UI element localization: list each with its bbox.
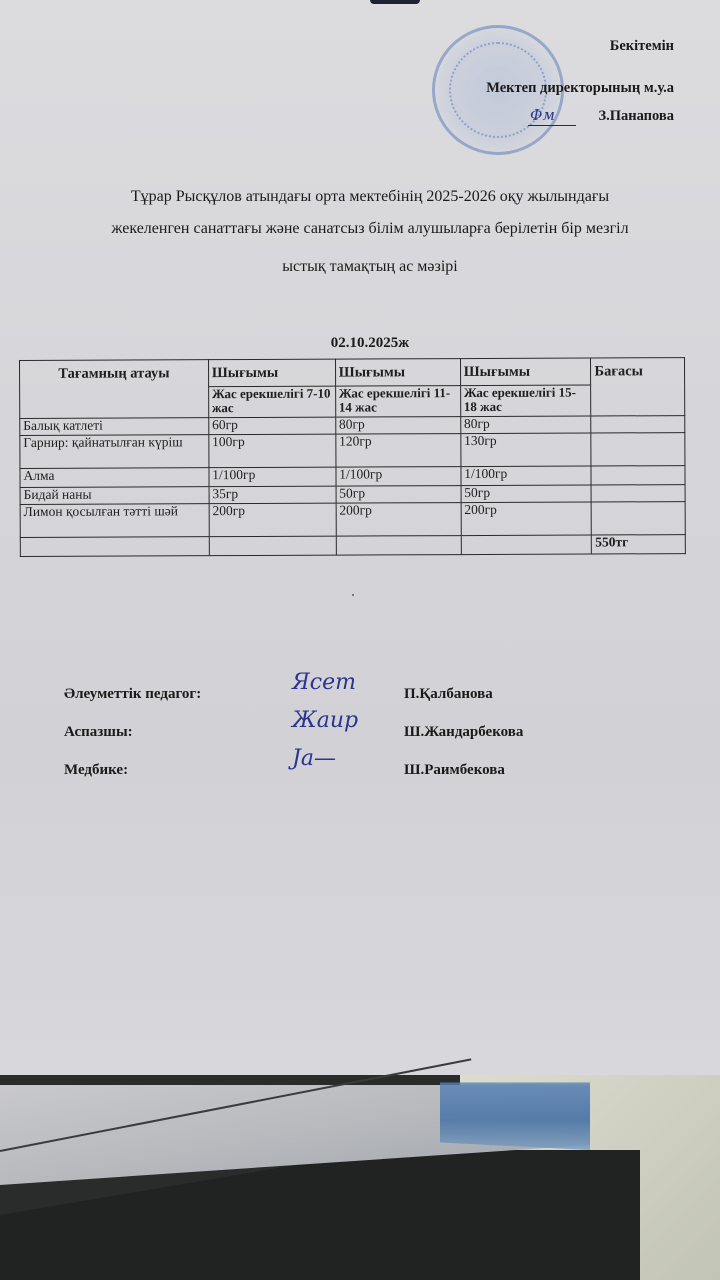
clip-edge [370,0,420,4]
yield-11-14: 1/100гр [336,467,461,487]
document-title-line-2: жекеленген санаттағы және санатсыз білім… [60,220,680,238]
signature-line [528,125,576,126]
price-cell [591,466,685,485]
approval-position: Мектеп директорының м.у.а [486,80,674,97]
table-row: Лимон қосылған тәтті шәй 200гр 200гр 200… [20,502,685,538]
yield-15-18: 80гр [460,416,591,434]
yield-15-18: 50гр [461,485,592,503]
signatory-role: Медбике: [64,762,128,779]
dish-name: Гарнир: қайнатылған күріш [20,435,209,469]
handwritten-signature: Жаир [292,708,358,733]
dish-name: Бидай наны [20,487,209,505]
ink-dot [352,594,354,596]
yield-15-18: 130гр [461,433,592,467]
yield-7-10: 60гр [209,417,336,435]
price-cell [591,433,685,466]
price-cell [592,502,686,535]
subheader-age-7-10: Жас ерекшелігі 7-10 жас [208,386,335,418]
price-cell [591,416,685,433]
header-yield-2: Шығымы [335,359,460,387]
empty-cell [461,535,592,555]
price-cell [592,485,686,502]
yield-7-10: 200гр [209,503,336,537]
menu-document: Бекітемін Мектеп директорының м.у.а Фм З… [0,0,720,1075]
director-signature: Фм [530,106,555,124]
yield-15-18: 1/100гр [461,466,592,486]
signatory-role: Аспазшы: [64,724,133,741]
yield-11-14: 80гр [335,417,460,435]
document-title-line-1: Тұрар Рысқұлов атындағы орта мектебінің … [60,188,680,206]
table-row: Гарнир: қайнатылған күріш 100гр 120гр 13… [20,433,685,469]
folder-blue-edge [440,1075,590,1150]
signatory-name: Ш.Раимбекова [404,762,505,779]
yield-7-10: 1/100гр [209,467,336,487]
yield-15-18: 200гр [461,502,592,536]
empty-cell [20,537,209,557]
handwritten-signature: Ясет [292,670,356,695]
dish-name: Алма [20,468,209,488]
total-price: 550тг [592,535,686,554]
table-total-row: 550тг [20,535,685,557]
yield-11-14: 50гр [336,486,461,504]
header-yield-1: Шығымы [208,359,335,387]
signatory-name: Ш.Жандарбекова [404,724,523,741]
approval-name: З.Панапова [598,108,674,125]
handwritten-signature: Ја— [292,746,336,771]
menu-table: Тағамның атауы Шығымы Шығымы Шығымы Баға… [19,357,686,557]
yield-11-14: 120гр [336,434,461,468]
yield-7-10: 35гр [209,486,336,504]
document-title-line-3: ыстық тамақтың ас мәзірі [60,258,680,276]
approval-heading: Бекітемін [610,38,674,55]
signatory-name: П.Қалбанова [404,686,493,703]
dish-name: Балық катлеті [20,418,209,436]
header-dish-name: Тағамның атауы [20,360,209,419]
empty-cell [209,536,336,556]
subheader-age-11-14: Жас ерекшелігі 11-14 жас [335,386,460,418]
signatory-role: Әлеуметтік педагог: [64,686,201,703]
menu-date: 02.10.2025ж [0,335,720,352]
yield-7-10: 100гр [209,434,336,468]
subheader-age-15-18: Жас ерекшелігі 15-18 жас [460,385,591,417]
yield-11-14: 200гр [336,503,461,537]
header-yield-3: Шығымы [460,358,591,386]
empty-cell [336,536,461,556]
header-price: Бағасы [591,358,685,416]
dish-name: Лимон қосылған тәтті шәй [20,504,209,538]
table-header-row: Тағамның атауы Шығымы Шығымы Шығымы Баға… [20,358,685,388]
